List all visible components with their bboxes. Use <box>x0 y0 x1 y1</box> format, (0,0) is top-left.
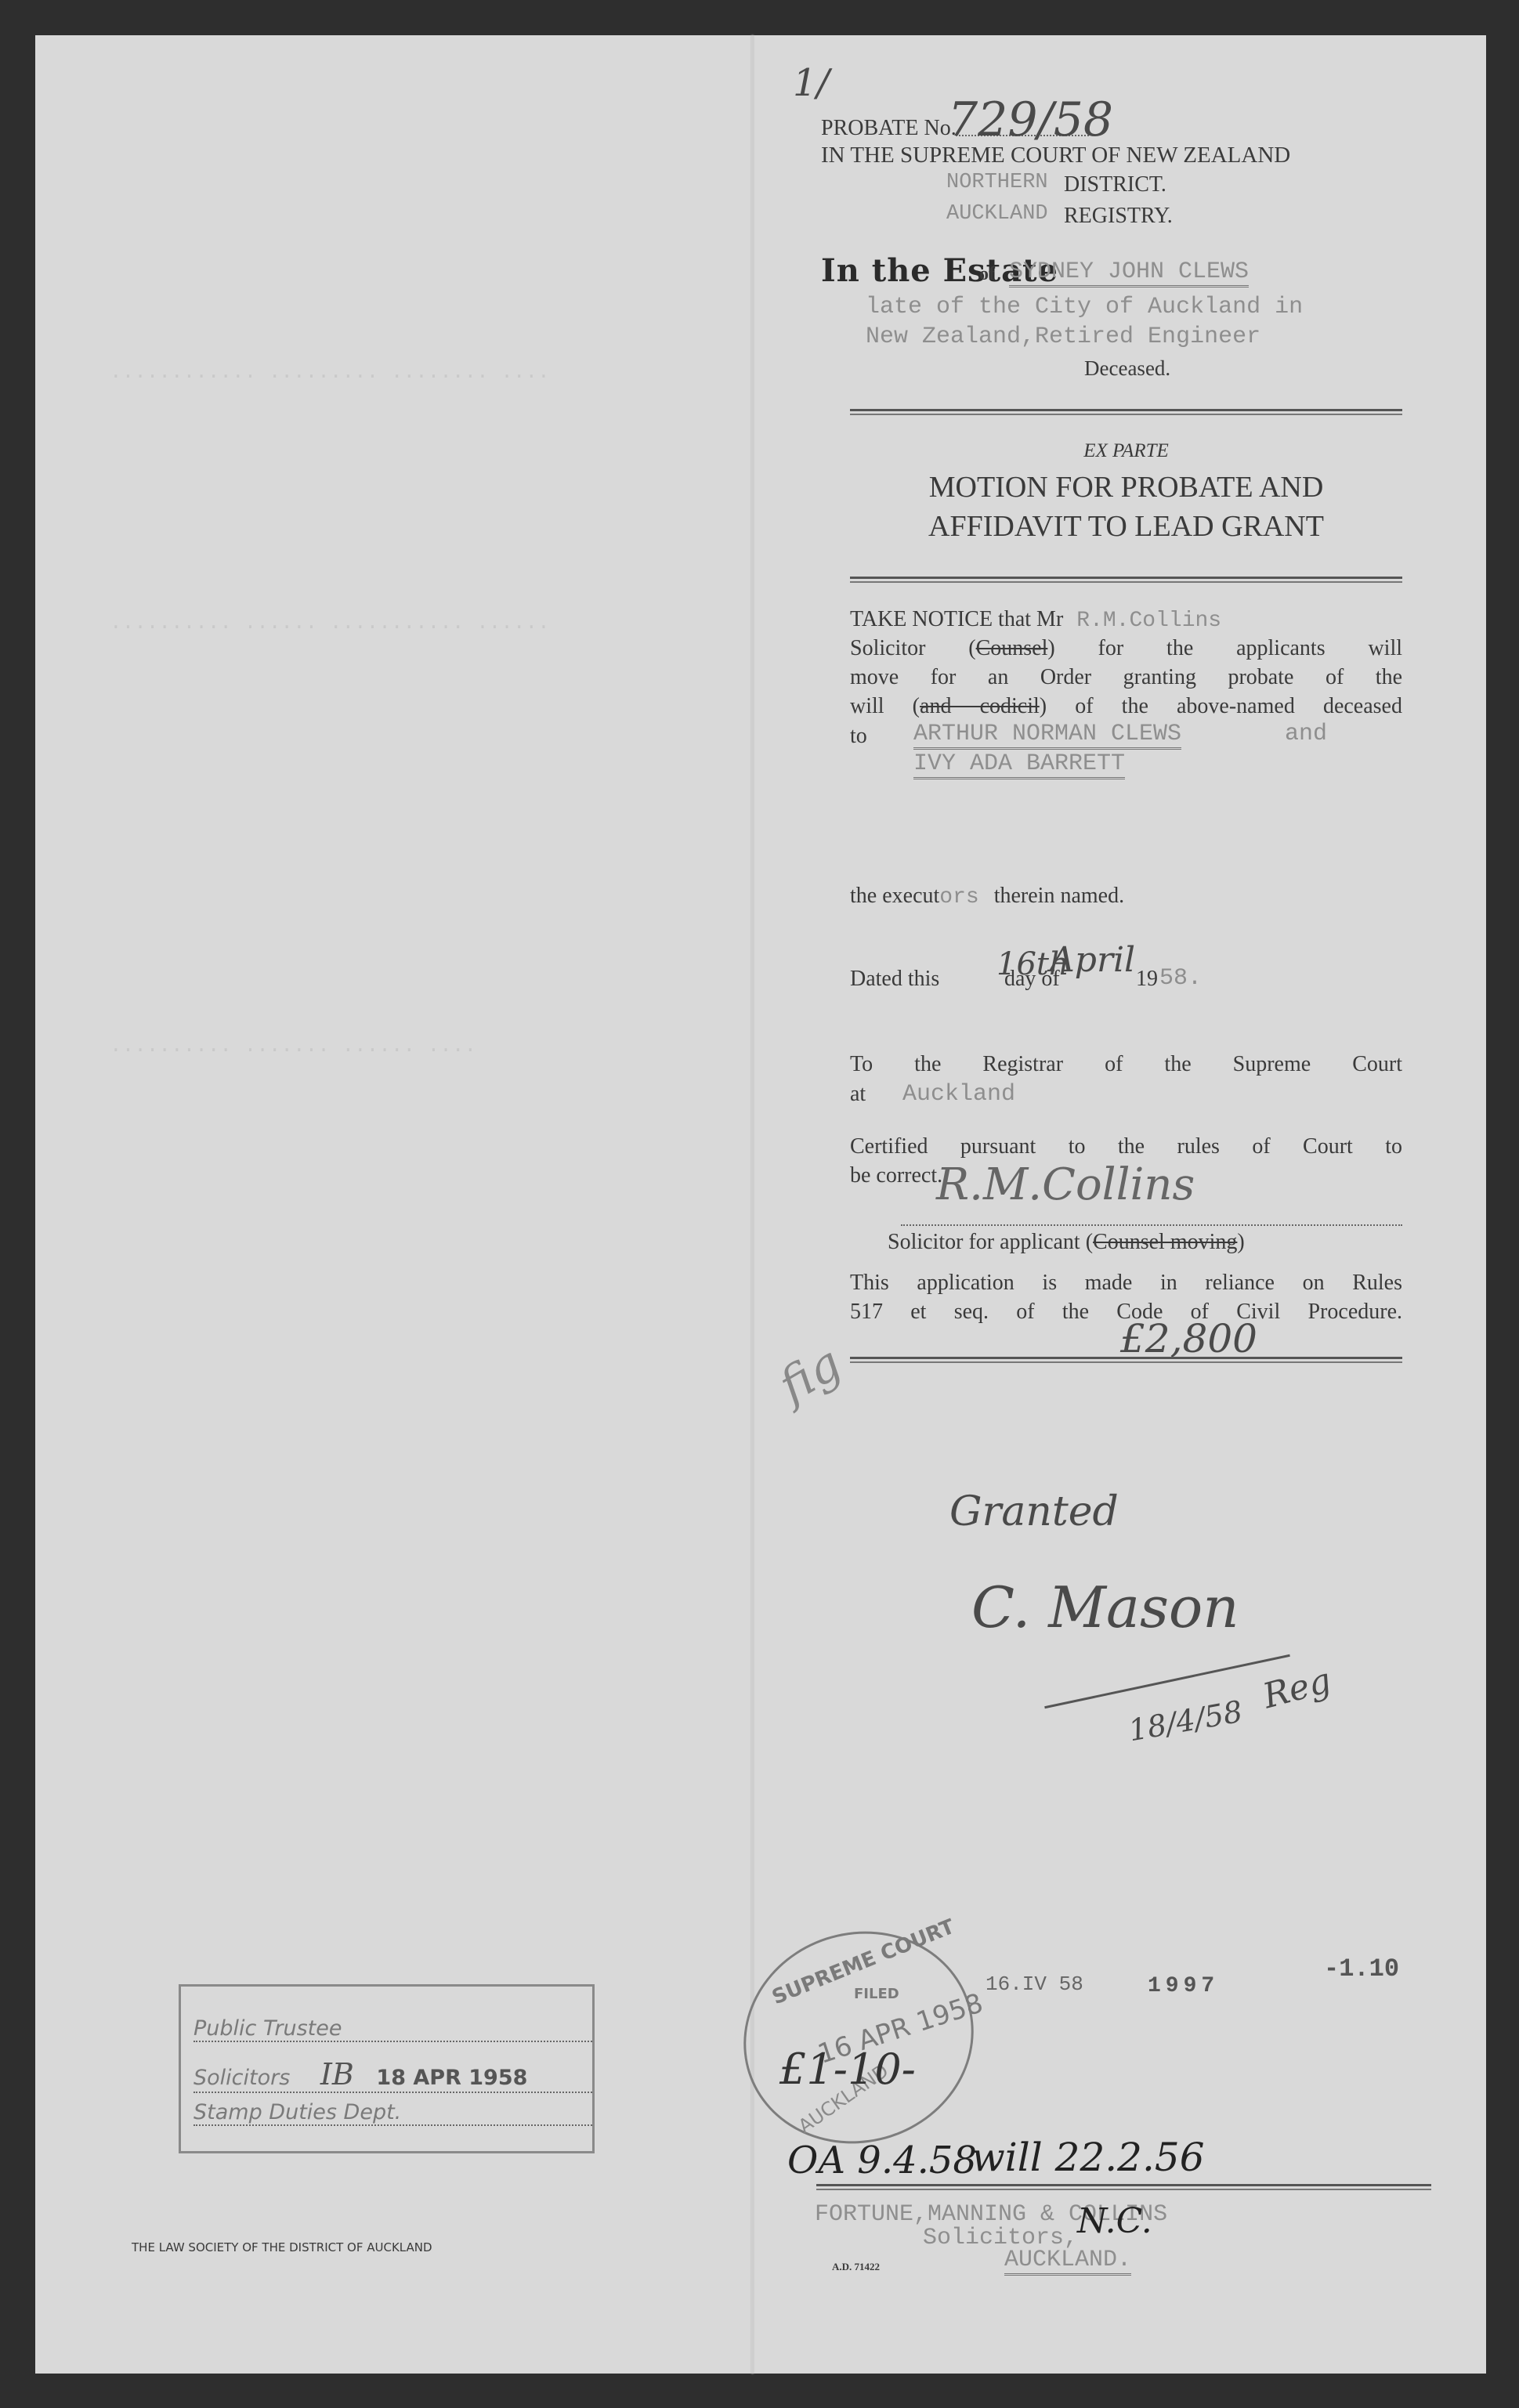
dated-year: 58. <box>1159 965 1202 992</box>
granted-label: Granted <box>949 1488 1119 1535</box>
notice-line3: move for an Order granting probate of th… <box>850 665 1402 690</box>
notice-line2: Solicitor (Counsel) for the applicants w… <box>850 636 1402 661</box>
stamp-filed: FILED <box>854 1986 899 2002</box>
bleed-through-text: .......... ....... ...... .... <box>110 1034 476 1058</box>
signature-line <box>901 1224 1402 1226</box>
certification-line: Certified pursuant to the rules of Court… <box>850 1134 1402 1159</box>
stamp-duties-row: Stamp Duties Dept. <box>193 2100 592 2126</box>
divider-rule <box>850 409 1402 415</box>
notice-line4: will (and codicil) of the above-named de… <box>850 694 1402 719</box>
registrar-signature: C. Mason <box>971 1575 1239 1640</box>
probate-number: 729/58 <box>948 92 1113 147</box>
solicitors-date: 18 APR 1958 <box>376 2066 527 2090</box>
solicitor-signature: R.M.Collins <box>936 1159 1195 1210</box>
probate-label: PROBATE No. <box>821 116 957 141</box>
will-date: will 22.2.56 <box>971 2135 1205 2180</box>
signatory-role: Solicitor for applicant (Counsel moving) <box>888 1230 1245 1255</box>
deceased-description-line1: late of the City of Auckland in <box>866 294 1303 320</box>
firm-initials: N.C. <box>1077 2201 1152 2241</box>
title-line1: MOTION FOR PROBATE AND <box>850 470 1402 504</box>
notice-line1: TAKE NOTICE that Mr R.M.Collins <box>850 607 1221 633</box>
stamp-duty-number: 1997 <box>1148 1974 1219 1998</box>
registrar-at: at <box>850 1082 866 1107</box>
notice-and: and <box>1285 721 1327 747</box>
divider-rule <box>850 577 1402 583</box>
solicitors-initials: IB <box>320 2057 354 2092</box>
district-label: DISTRICT. <box>1064 172 1166 197</box>
deceased-description-line2: New Zealand,Retired Engineer <box>866 324 1260 350</box>
public-trustee-row: Public Trustee <box>193 2016 592 2042</box>
ex-parte-label: EX PARTE <box>850 440 1402 462</box>
district-value: NORTHERN <box>946 171 1048 194</box>
rules-line1: This application is made in reliance on … <box>850 1271 1402 1296</box>
marginal-mark: 1/ <box>793 61 830 105</box>
deceased-name: SYDNEY JOHN CLEWS <box>1009 259 1249 287</box>
bleed-through-text: ............ ......... ........ .... <box>110 360 550 384</box>
stamp-duty-amount: -1.10 <box>1324 1954 1399 1983</box>
dated-prefix: Dated this <box>850 967 939 992</box>
solicitor-name: R.M.Collins <box>1076 609 1221 633</box>
registrar-line: To the Registrar of the Supreme Court <box>850 1052 1402 1077</box>
firm-city: AUCKLAND. <box>1004 2247 1131 2276</box>
dated-month: April <box>1050 940 1135 980</box>
solicitors-row: Solicitors IB 18 APR 1958 <box>193 2057 592 2093</box>
stamp-fee: £1-10- <box>779 2045 916 2094</box>
title-line2: AFFIDAVIT TO LEAD GRANT <box>850 509 1402 544</box>
estate-of: of <box>979 264 995 285</box>
stamp-duty-date: 16.IV 58 <box>986 1972 1083 1996</box>
form-code: A.D. 71422 <box>832 2261 880 2273</box>
certification-line2: be correct. <box>850 1163 942 1188</box>
executor-2: IVY ADA BARRETT <box>913 750 1125 779</box>
executor-1: ARTHUR NORMAN CLEWS <box>913 721 1181 750</box>
estate-value: £2,800 <box>1120 1316 1257 1361</box>
registrar-place: Auckland <box>902 1081 1015 1108</box>
notice-to: to <box>850 724 867 749</box>
registry-value: AUCKLAND <box>946 202 1048 226</box>
divider-rule <box>850 1357 1402 1363</box>
executors-line: the executors therein named. <box>850 884 1124 909</box>
bleed-through-text: .......... ...... ........... ...... <box>110 611 550 635</box>
receipt-stamp-box: Public Trustee Solicitors IB 18 APR 1958… <box>179 1984 595 2153</box>
deceased-label: Deceased. <box>1084 356 1170 381</box>
oa-date: OA 9.4.58 <box>787 2139 977 2182</box>
dated-century: 19 <box>1136 967 1158 992</box>
registry-label: REGISTRY. <box>1064 204 1173 229</box>
court-heading: IN THE SUPREME COURT OF NEW ZEALAND <box>821 143 1290 168</box>
divider-rule <box>816 2184 1431 2190</box>
publisher: THE LAW SOCIETY OF THE DISTRICT OF AUCKL… <box>132 2240 432 2254</box>
